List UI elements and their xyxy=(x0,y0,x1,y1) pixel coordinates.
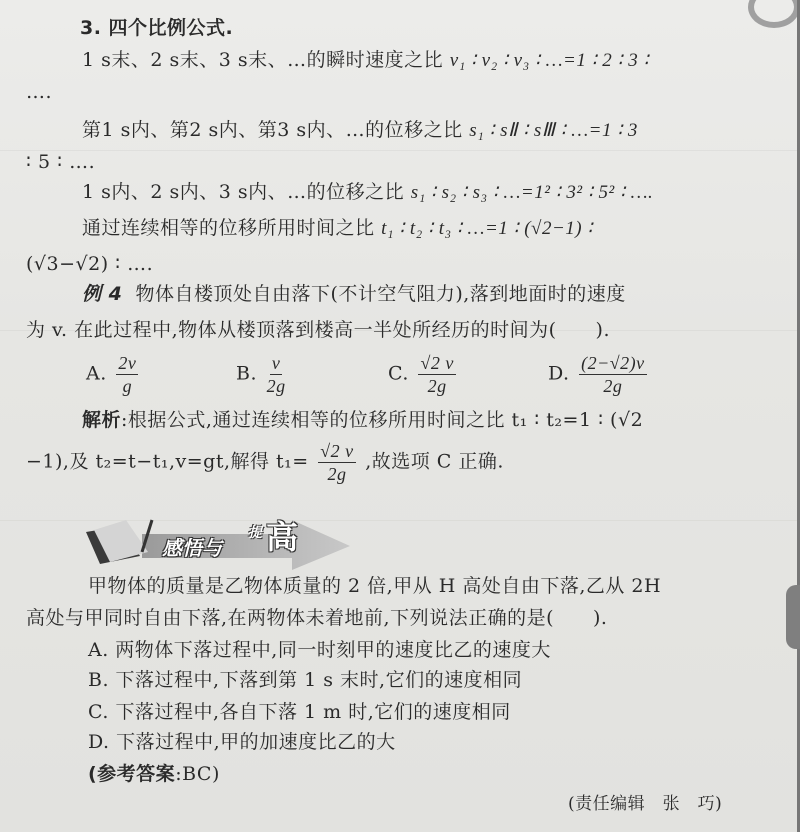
example-option-a: A. 2vg xyxy=(86,352,141,397)
formula-2-ratio: s₁ ∶ sⅡ ∶ sⅢ ∶ …=1 ∶ 3 xyxy=(469,120,638,141)
example-label: 例 4 xyxy=(82,283,122,305)
exercise-option-d: D. 下落过程中,甲的加速度比乙的大 xyxy=(88,730,396,754)
analysis-fraction: √2 v2g xyxy=(318,440,355,485)
analysis-text-a: −1),及 t₂=t−t₁,v=gt,解得 t₁= xyxy=(26,451,309,473)
formula-2: 第1 s内、第2 s内、第3 s内、…的位移之比 s₁ ∶ sⅡ ∶ sⅢ ∶ … xyxy=(82,118,638,143)
banner-title: 感悟与 xyxy=(162,532,222,561)
formula-2-cont: ∶ 5 ∶ …. xyxy=(26,150,95,174)
banner-title-big: 高 xyxy=(266,512,298,558)
formula-2-text: 第1 s内、第2 s内、第3 s内、…的位移之比 xyxy=(82,119,463,141)
option-fraction: v2g xyxy=(267,352,286,397)
analysis-label: 解析 xyxy=(82,409,121,431)
example-option-c: C. √2 v2g xyxy=(388,352,459,397)
analysis-text-b: ,故选项 C 正确. xyxy=(365,451,504,473)
formula-1-text: 1 s末、2 s末、3 s末、…的瞬时速度之比 xyxy=(82,49,443,71)
formula-4-cont: (√3−√2) ∶ …. xyxy=(26,252,153,276)
exercise-answer: (参考答案:BC) xyxy=(88,762,220,786)
page-tab-marker xyxy=(786,585,800,649)
formula-4-ratio: t₁ ∶ t₂ ∶ t₃ ∶ …=1 ∶ (√2−1) ∶ xyxy=(381,218,593,239)
formula-1-ratio: v₁ ∶ v₂ ∶ v₃ ∶ …=1 ∶ 2 ∶ 3 ∶ xyxy=(450,50,649,71)
formula-3-ratio: s₁ ∶ s₂ ∶ s₃ ∶ …=1² ∶ 3² ∶ 5² ∶ …. xyxy=(411,182,654,203)
analysis-line-2: −1),及 t₂=t−t₁,v=gt,解得 t₁= √2 v2g ,故选项 C … xyxy=(26,440,504,485)
example-question-line-2: 为 v. 在此过程中,物体从楼顶落到楼高一半处所经历的时间为( ). xyxy=(26,318,610,342)
option-fraction: 2vg xyxy=(116,352,138,397)
section-banner: 感悟与 提 高 xyxy=(82,512,362,572)
formula-3: 1 s内、2 s内、3 s内、…的位移之比 s₁ ∶ s₂ ∶ s₃ ∶ …=1… xyxy=(82,180,653,205)
example-option-b: B. v2g xyxy=(236,352,289,397)
answer-label: (参考答案 xyxy=(88,763,175,785)
exercise-question-line-1: 甲物体的质量是乙物体质量的 2 倍,甲从 H 高处自由下落,乙从 2H xyxy=(88,574,661,598)
exercise-option-c: C. 下落过程中,各自下落 1 m 时,它们的速度相同 xyxy=(88,700,511,724)
banner-title-small: 提 xyxy=(248,522,262,542)
example-question-text: 物体自楼顶处自由落下(不计空气阻力),落到地面时的速度 xyxy=(135,283,625,305)
editor-credit: (责任编辑 张 巧) xyxy=(568,792,722,816)
answer-value: :BC) xyxy=(175,763,220,785)
option-letter: D. xyxy=(548,363,570,385)
analysis-line-1: 解析:根据公式,通过连续相等的位移所用时间之比 t₁ ∶ t₂=1 ∶ (√2 xyxy=(82,408,643,432)
page-corner-decoration xyxy=(748,0,800,28)
analysis-text: :根据公式,通过连续相等的位移所用时间之比 t₁ ∶ t₂=1 ∶ (√2 xyxy=(121,409,643,431)
exercise-option-b: B. 下落过程中,下落到第 1 s 末时,它们的速度相同 xyxy=(88,668,522,692)
formula-1-cont: …. xyxy=(26,80,52,104)
exercise-question-line-2: 高处与甲同时自由下落,在两物体未着地前,下列说法正确的是( ). xyxy=(26,606,607,630)
example-question-line-1: 例 4 物体自楼顶处自由落下(不计空气阻力),落到地面时的速度 xyxy=(82,282,626,306)
formula-3-text: 1 s内、2 s内、3 s内、…的位移之比 xyxy=(82,181,404,203)
option-fraction: √2 v2g xyxy=(418,352,455,397)
example-option-d: D. (2−√2)v2g xyxy=(548,352,650,397)
option-fraction: (2−√2)v2g xyxy=(579,352,647,397)
exercise-option-a: A. 两物体下落过程中,同一时刻甲的速度比乙的速度大 xyxy=(88,638,551,662)
formula-4: 通过连续相等的位移所用时间之比 t₁ ∶ t₂ ∶ t₃ ∶ …=1 ∶ (√2… xyxy=(82,216,593,241)
option-letter: B. xyxy=(236,363,257,385)
banner-arrow-icon xyxy=(82,512,362,572)
option-letter: C. xyxy=(388,363,409,385)
option-letter: A. xyxy=(86,363,107,385)
formula-4-text: 通过连续相等的位移所用时间之比 xyxy=(82,217,375,239)
section-heading: 3. 四个比例公式. xyxy=(80,16,233,40)
formula-1: 1 s末、2 s末、3 s末、…的瞬时速度之比 v₁ ∶ v₂ ∶ v₃ ∶ …… xyxy=(82,48,649,73)
